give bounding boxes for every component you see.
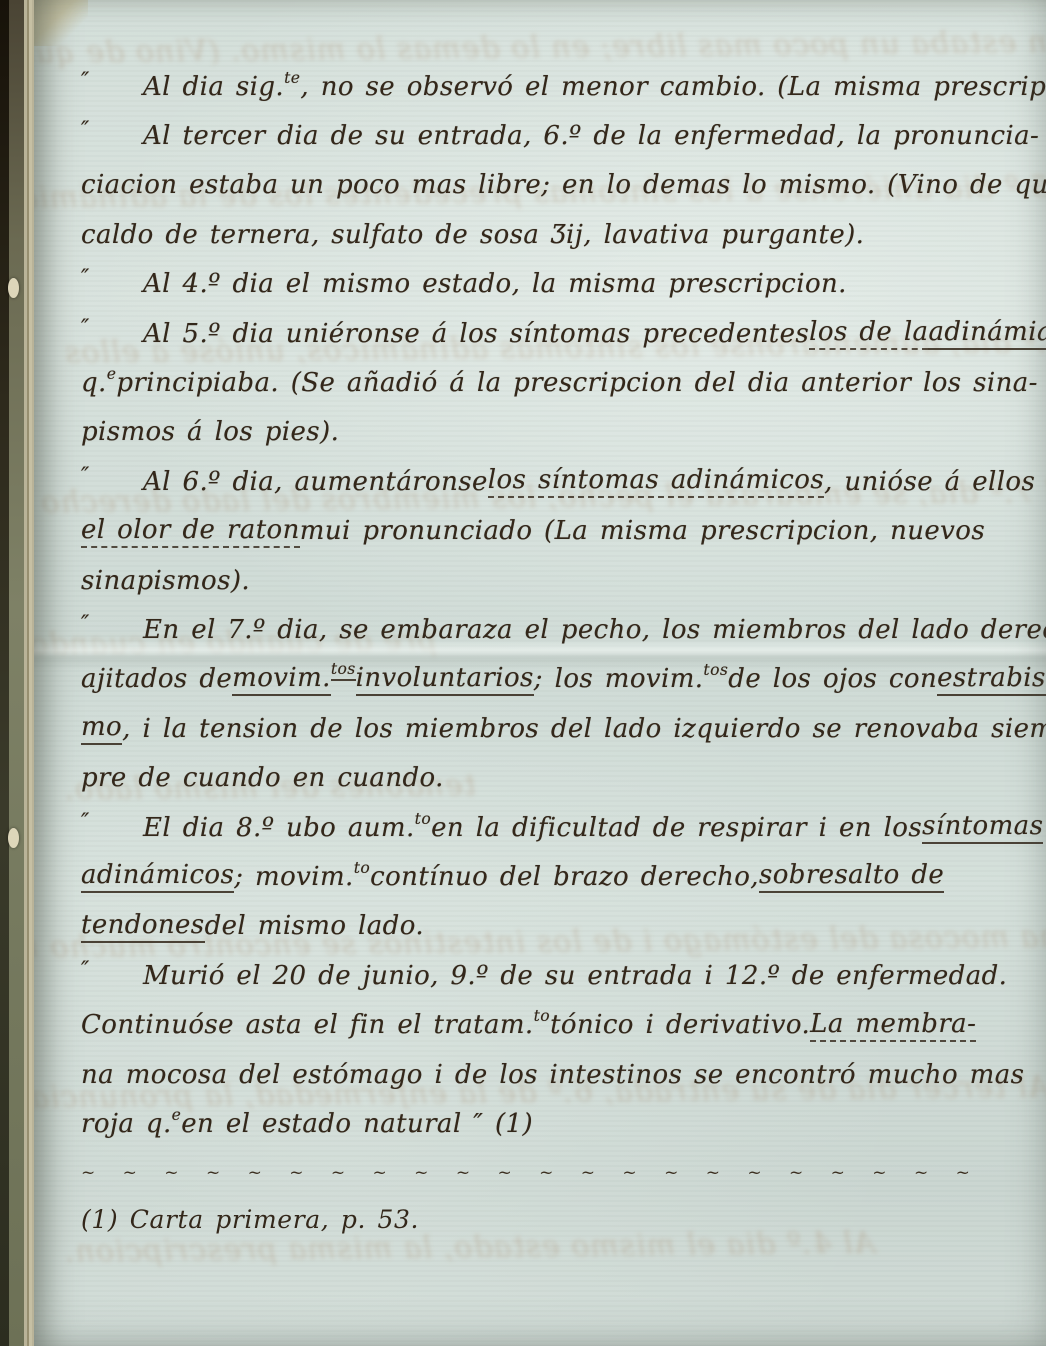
text-segment: Al tercer dia de su entrada, 6.º de la e…	[143, 121, 1039, 151]
section-divider: ~ ~ ~ ~ ~ ~ ~ ~ ~ ~ ~ ~ ~ ~ ~ ~ ~ ~ ~ ~ …	[81, 1163, 981, 1189]
manuscript-scan: ciacion estaba un poco mas libre; en lo …	[0, 0, 1046, 1346]
text-segment: El dia 8.º ubo aum.	[143, 813, 415, 843]
manuscript-line: ajitados de movim.tos involuntarios; los…	[81, 655, 1020, 704]
text-segment: te	[284, 69, 300, 87]
manuscript-line: ″El dia 8.º ubo aum.to en la dificultad …	[81, 803, 1020, 852]
manuscript-line: ″Al tercer dia de su entrada, 6.º de la …	[81, 111, 1020, 160]
text-segment: , unióse á ellos	[824, 467, 1035, 497]
manuscript-line: roja q.e en el estado natural ″ (1)	[81, 1099, 1020, 1148]
text-segment: adinámicos	[81, 860, 234, 893]
manuscript-line: adinámicos; movim.to contínuo del brazo …	[81, 852, 1020, 901]
manuscript-line: caldo de ternera, sulfato de sosa Ʒij, l…	[81, 210, 1020, 259]
manuscript-line: ″En el 7.º dia, se embaraza el pecho, lo…	[81, 605, 1020, 654]
text-segment: caldo de ternera, sulfato de sosa Ʒij, l…	[81, 220, 864, 250]
text-segment: involuntarios	[356, 663, 534, 696]
text-segment: adinámia	[928, 317, 1046, 350]
text-segment: to	[534, 1007, 550, 1025]
manuscript-line: tendones del mismo lado.	[81, 902, 1020, 951]
text-segment: mo	[81, 712, 122, 745]
text-segment: pre de cuando en cuando.	[81, 763, 444, 793]
text-segment: Al 4.º dia el mismo estado, la misma pre…	[143, 269, 847, 299]
quote-mark: ″	[81, 265, 143, 291]
text-segment: e	[107, 365, 117, 383]
text-segment: , i la tension de los miembros del lado …	[122, 714, 1046, 744]
text-segment: Al 6.º dia, aumentáronse	[143, 467, 488, 497]
manuscript-line: ″Al 6.º dia, aumentáronse los síntomas a…	[81, 457, 1020, 506]
text-segment: ; movim.	[234, 862, 353, 892]
text-segment: tendones	[81, 910, 205, 943]
text-segment: en el estado natural ″ (1)	[181, 1109, 533, 1139]
text-segment: na mocosa del estómago i de los intestin…	[81, 1060, 1024, 1090]
text-segment: to	[354, 859, 370, 877]
text-segment: ciacion estaba un poco mas libre; en lo …	[81, 170, 1046, 200]
text-segment: tónico i derivativo.	[550, 1010, 810, 1040]
text-segment: ; los movim.	[534, 664, 704, 694]
manuscript-line: sinapismos).	[81, 556, 1020, 605]
manuscript-lines: ″Al dia sig.te, no se observó el menor c…	[81, 62, 1020, 1149]
text-segment: Al dia sig.	[143, 72, 284, 102]
gutter-shadow	[0, 0, 9, 1346]
text-segment: el olor de raton	[81, 515, 300, 548]
text-segment: de los ojos con	[728, 664, 937, 694]
text-segment: La membra-	[810, 1009, 976, 1042]
quote-mark: ″	[81, 957, 143, 983]
text-segment: del mismo lado.	[205, 911, 424, 941]
text-segment: Murió el 20 de junio, 9.º de su entrada …	[143, 961, 1007, 991]
text-segment: pismos á los pies).	[81, 417, 339, 447]
text-segment: tos	[331, 660, 356, 681]
manuscript-line: q.e principiaba. (Se añadió á la prescri…	[81, 358, 1020, 407]
text-segment: mui pronunciado (La misma prescripcion, …	[300, 516, 985, 546]
manuscript-line: na mocosa del estómago i de los intestin…	[81, 1050, 1020, 1099]
text-segment: to	[415, 810, 431, 828]
quote-mark: ″	[81, 809, 143, 835]
text-segment: Al 5.º dia uniéronse á los síntomas prec…	[143, 319, 809, 349]
corner-fold	[34, 0, 88, 46]
manuscript-line: ″Al dia sig.te, no se observó el menor c…	[81, 62, 1020, 111]
manuscript-line: ″Al 5.º dia uniéronse á los síntomas pre…	[81, 309, 1020, 358]
manuscript-line: el olor de raton mui pronunciado (La mis…	[81, 507, 1020, 556]
text-segment: contínuo del brazo derecho,	[370, 862, 759, 892]
binding-stitch	[8, 828, 19, 848]
text-segment: tos	[703, 661, 728, 679]
text-segment: sinapismos).	[81, 566, 250, 596]
text-segment: , no se observó el menor cambio. (La mis…	[300, 72, 1046, 102]
text-segment: En el 7.º dia, se embaraza el pecho, los…	[143, 615, 1046, 645]
manuscript-text: ″Al dia sig.te, no se observó el menor c…	[81, 62, 1020, 1234]
quote-mark: ″	[81, 68, 143, 94]
manuscript-line: ″Al 4.º dia el mismo estado, la misma pr…	[81, 260, 1020, 309]
manuscript-line: Continuóse asta el fin el tratam.to tóni…	[81, 1000, 1020, 1049]
quote-mark: ″	[81, 463, 143, 489]
text-segment: los síntomas adinámicos	[488, 465, 824, 498]
manuscript-line: pismos á los pies).	[81, 408, 1020, 457]
text-segment: e	[172, 1106, 182, 1124]
text-segment: roja q.	[81, 1109, 172, 1139]
text-segment: ajitados de	[81, 664, 232, 694]
text-segment: síntomas	[922, 811, 1043, 844]
manuscript-line: pre de cuando en cuando.	[81, 753, 1020, 802]
text-segment: q.	[81, 368, 107, 398]
text-segment: sobresalto de	[759, 860, 944, 893]
manuscript-line: ciacion estaba un poco mas libre; en lo …	[81, 161, 1020, 210]
manuscript-line: mo, i la tension de los miembros del lad…	[81, 704, 1020, 753]
footnote: (1) Carta primera, p. 53.	[81, 1205, 1020, 1234]
text-segment: estrabis-	[937, 663, 1046, 696]
text-segment: los de la	[809, 317, 928, 350]
manuscript-page: ciacion estaba un poco mas libre; en lo …	[34, 0, 1046, 1346]
text-segment: Continuóse asta el fin el tratam.	[81, 1010, 534, 1040]
quote-mark: ″	[81, 117, 143, 143]
binding-stitch	[8, 278, 19, 298]
text-segment: movim.	[232, 663, 331, 696]
text-segment: principiaba. (Se añadió á la prescripcio…	[116, 368, 1037, 398]
quote-mark: ″	[81, 315, 143, 341]
text-segment: en la dificultad de respirar i en los	[431, 813, 922, 843]
quote-mark: ″	[81, 611, 143, 637]
manuscript-line: ″Murió el 20 de junio, 9.º de su entrada…	[81, 951, 1020, 1000]
